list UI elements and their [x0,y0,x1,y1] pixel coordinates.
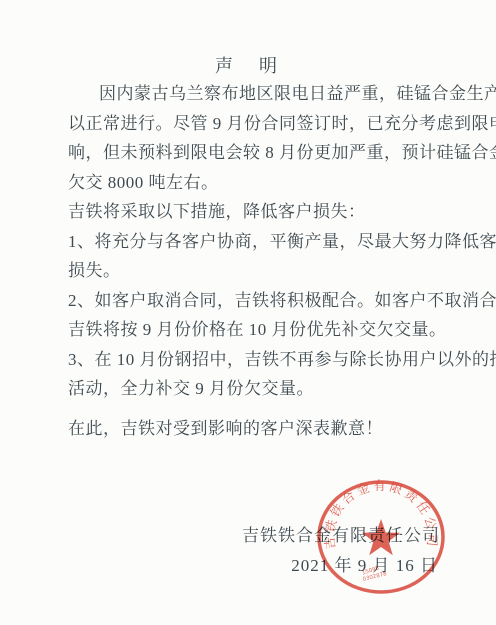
body-line-item-3: 3、在 10 月份钢招中，吉铁不再参与除长协用户以外的招标 [68,345,444,375]
apology-line: 在此，吉铁对受到影响的客户深表歉意！ [68,414,444,444]
body-line: 损失。 [68,256,444,286]
body-line: 欠交 8000 吨左右。 [68,168,444,198]
body-line: 因内蒙古乌兰察布地区限电日益严重，硅锰合金生产难 [68,79,444,109]
document-page: 声 明 因内蒙古乌兰察布地区限电日益严重，硅锰合金生产难 以正常进行。尽管 9 … [0,0,496,625]
body-line-item-2: 2、如客户取消合同，吉铁将积极配合。如客户不取消合同， [68,286,444,316]
body-line: 吉铁将按 9 月份价格在 10 月份优先补交欠交量。 [68,315,444,345]
body-line: 吉铁将采取以下措施，降低客户损失： [68,197,444,227]
star-icon [362,519,400,555]
company-seal-stamp: 吉铁铁合金有限责任公司 15098 0302878 [313,477,449,597]
document-body: 因内蒙古乌兰察布地区限电日益严重，硅锰合金生产难 以正常进行。尽管 9 月份合同… [68,79,444,443]
body-line-item-1: 1、将充分与各客户协商，平衡产量，尽最大努力降低客户 [68,227,444,257]
body-line: 响，但未预料到限电会较 8 月份更加严重，预计硅锰合金将 [68,138,444,168]
document-title: 声 明 [0,54,496,78]
body-line: 以正常进行。尽管 9 月份合同签订时，已充分考虑到限电影 [68,109,444,139]
body-line: 活动，全力补交 9 月份欠交量。 [68,374,444,404]
